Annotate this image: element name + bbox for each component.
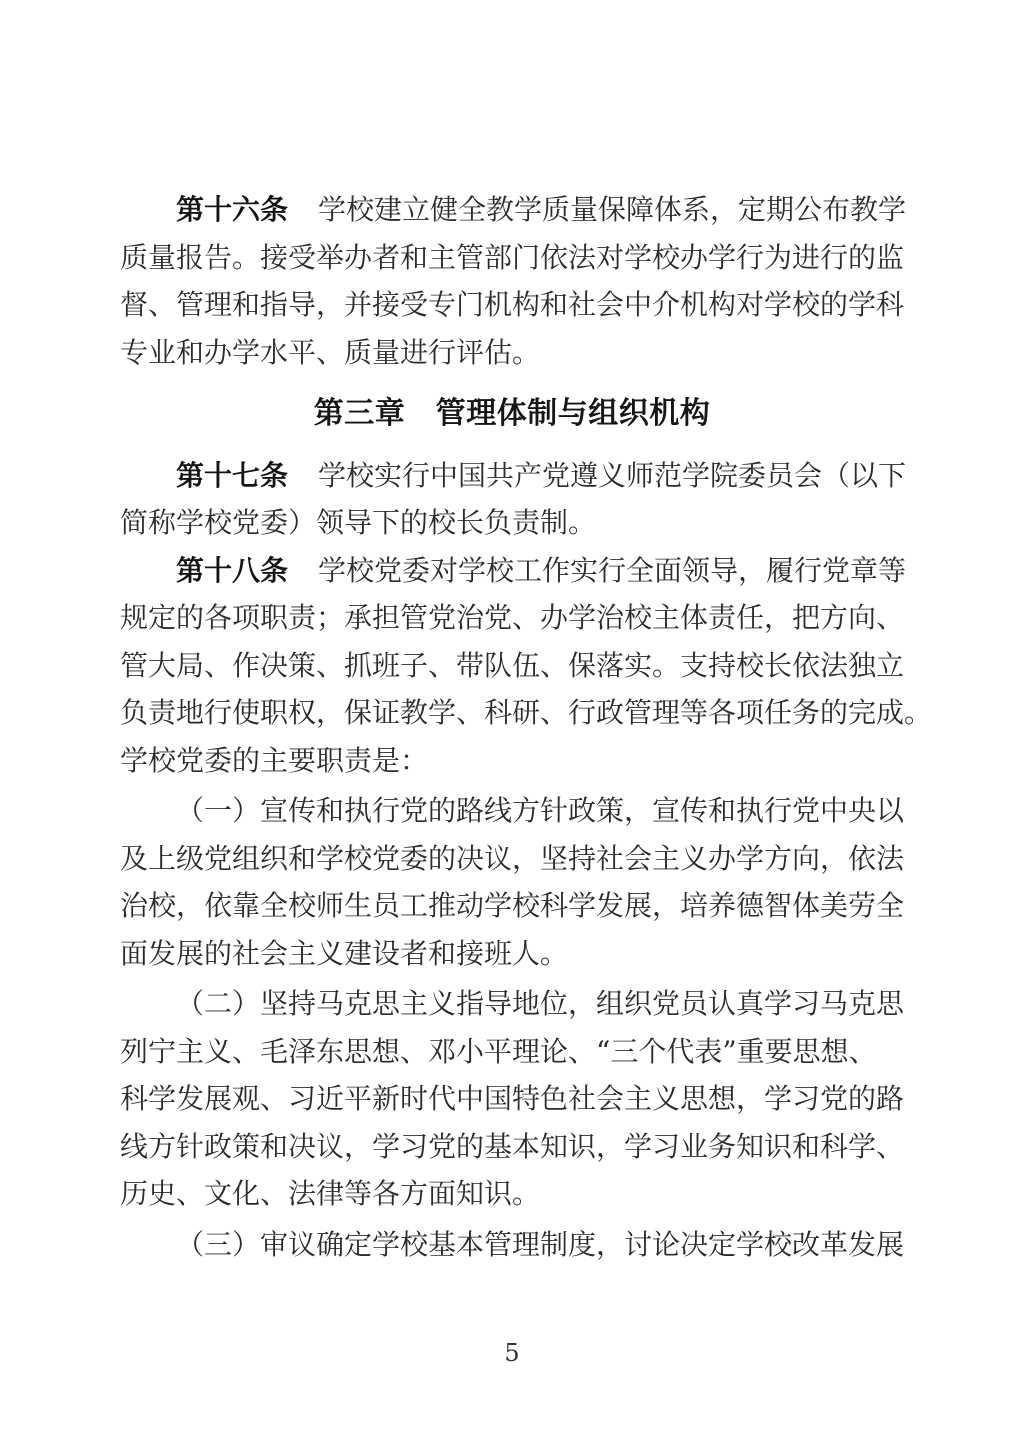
duty-item-1-line-1: （一）宣传和执行党的路线方针政策，宣传和执行党中央以 bbox=[120, 787, 904, 835]
article-18-line-5: 学校党委的主要职责是： bbox=[120, 737, 904, 785]
article-17: 第十七条学校实行中国共产党遵义师范学院委员会（以下 简称学校党委）领导下的校长负… bbox=[120, 452, 904, 547]
document-page: 第十六条学校建立健全教学质量保障体系，定期公布教学 质量报告。接受举办者和主管部… bbox=[0, 0, 1024, 1448]
document-content: 第十六条学校建立健全教学质量保障体系，定期公布教学 质量报告。接受举办者和主管部… bbox=[120, 186, 904, 1268]
chapter-3-heading: 第三章 管理体制与组织机构 bbox=[120, 390, 904, 438]
article-16-line-2: 质量报告。接受举办者和主管部门依法对学校办学行为进行的监 bbox=[120, 234, 904, 282]
article-17-text-1: 学校实行中国共产党遵义师范学院委员会（以下 bbox=[318, 459, 906, 492]
duty-item-2-line-2: 列宁主义、毛泽东思想、邓小平理论、“三个代表”重要思想、 bbox=[120, 1028, 904, 1076]
page-number: 5 bbox=[0, 1336, 1024, 1370]
duty-item-3-line-1: （三）审议确定学校基本管理制度，讨论决定学校改革发展 bbox=[120, 1221, 904, 1269]
duty-item-2: （二）坚持马克思主义指导地位，组织党员认真学习马克思 列宁主义、毛泽东思想、邓小… bbox=[120, 980, 904, 1218]
article-18-line-2: 规定的各项职责；承担管党治党、办学治校主体责任，把方向、 bbox=[120, 594, 904, 642]
article-16-line-3: 督、管理和指导，并接受专门机构和社会中介机构对学校的学科 bbox=[120, 281, 904, 329]
duty-item-2-line-3: 科学发展观、习近平新时代中国特色社会主义思想，学习党的路 bbox=[120, 1075, 904, 1123]
duty-item-2-line-5: 历史、文化、法律等各方面知识。 bbox=[120, 1170, 904, 1218]
article-17-line-1: 第十七条学校实行中国共产党遵义师范学院委员会（以下 bbox=[120, 452, 904, 500]
article-18-line-1: 第十八条学校党委对学校工作实行全面领导，履行党章等 bbox=[120, 547, 904, 595]
article-18-line-4: 负责地行使职权，保证教学、科研、行政管理等各项任务的完成。 bbox=[120, 689, 904, 737]
article-17-line-2: 简称学校党委）领导下的校长负责制。 bbox=[120, 499, 904, 547]
duty-item-1: （一）宣传和执行党的路线方针政策，宣传和执行党中央以 及上级党组织和学校党委的决… bbox=[120, 787, 904, 977]
article-18-label: 第十八条 bbox=[176, 554, 288, 587]
duty-item-1-line-2: 及上级党组织和学校党委的决议，坚持社会主义办学方向，依法 bbox=[120, 835, 904, 883]
article-18-text-1: 学校党委对学校工作实行全面领导，履行党章等 bbox=[318, 554, 906, 587]
article-16-line-1: 第十六条学校建立健全教学质量保障体系，定期公布教学 bbox=[120, 186, 904, 234]
article-16-line-4: 专业和办学水平、质量进行评估。 bbox=[120, 329, 904, 377]
duty-item-2-line-1: （二）坚持马克思主义指导地位，组织党员认真学习马克思 bbox=[120, 980, 904, 1028]
duty-item-1-line-3: 治校，依靠全校师生员工推动学校科学发展，培养德智体美劳全 bbox=[120, 882, 904, 930]
duty-item-2-line-4: 线方针政策和决议，学习党的基本知识，学习业务知识和科学、 bbox=[120, 1123, 904, 1171]
article-16-label: 第十六条 bbox=[176, 193, 288, 226]
article-17-label: 第十七条 bbox=[176, 459, 288, 492]
duty-item-3: （三）审议确定学校基本管理制度，讨论决定学校改革发展 bbox=[120, 1221, 904, 1269]
article-18: 第十八条学校党委对学校工作实行全面领导，履行党章等 规定的各项职责；承担管党治党… bbox=[120, 547, 904, 785]
article-16: 第十六条学校建立健全教学质量保障体系，定期公布教学 质量报告。接受举办者和主管部… bbox=[120, 186, 904, 376]
article-16-text-1: 学校建立健全教学质量保障体系，定期公布教学 bbox=[318, 193, 906, 226]
duty-item-1-line-4: 面发展的社会主义建设者和接班人。 bbox=[120, 930, 904, 978]
article-18-line-3: 管大局、作决策、抓班子、带队伍、保落实。支持校长依法独立 bbox=[120, 642, 904, 690]
